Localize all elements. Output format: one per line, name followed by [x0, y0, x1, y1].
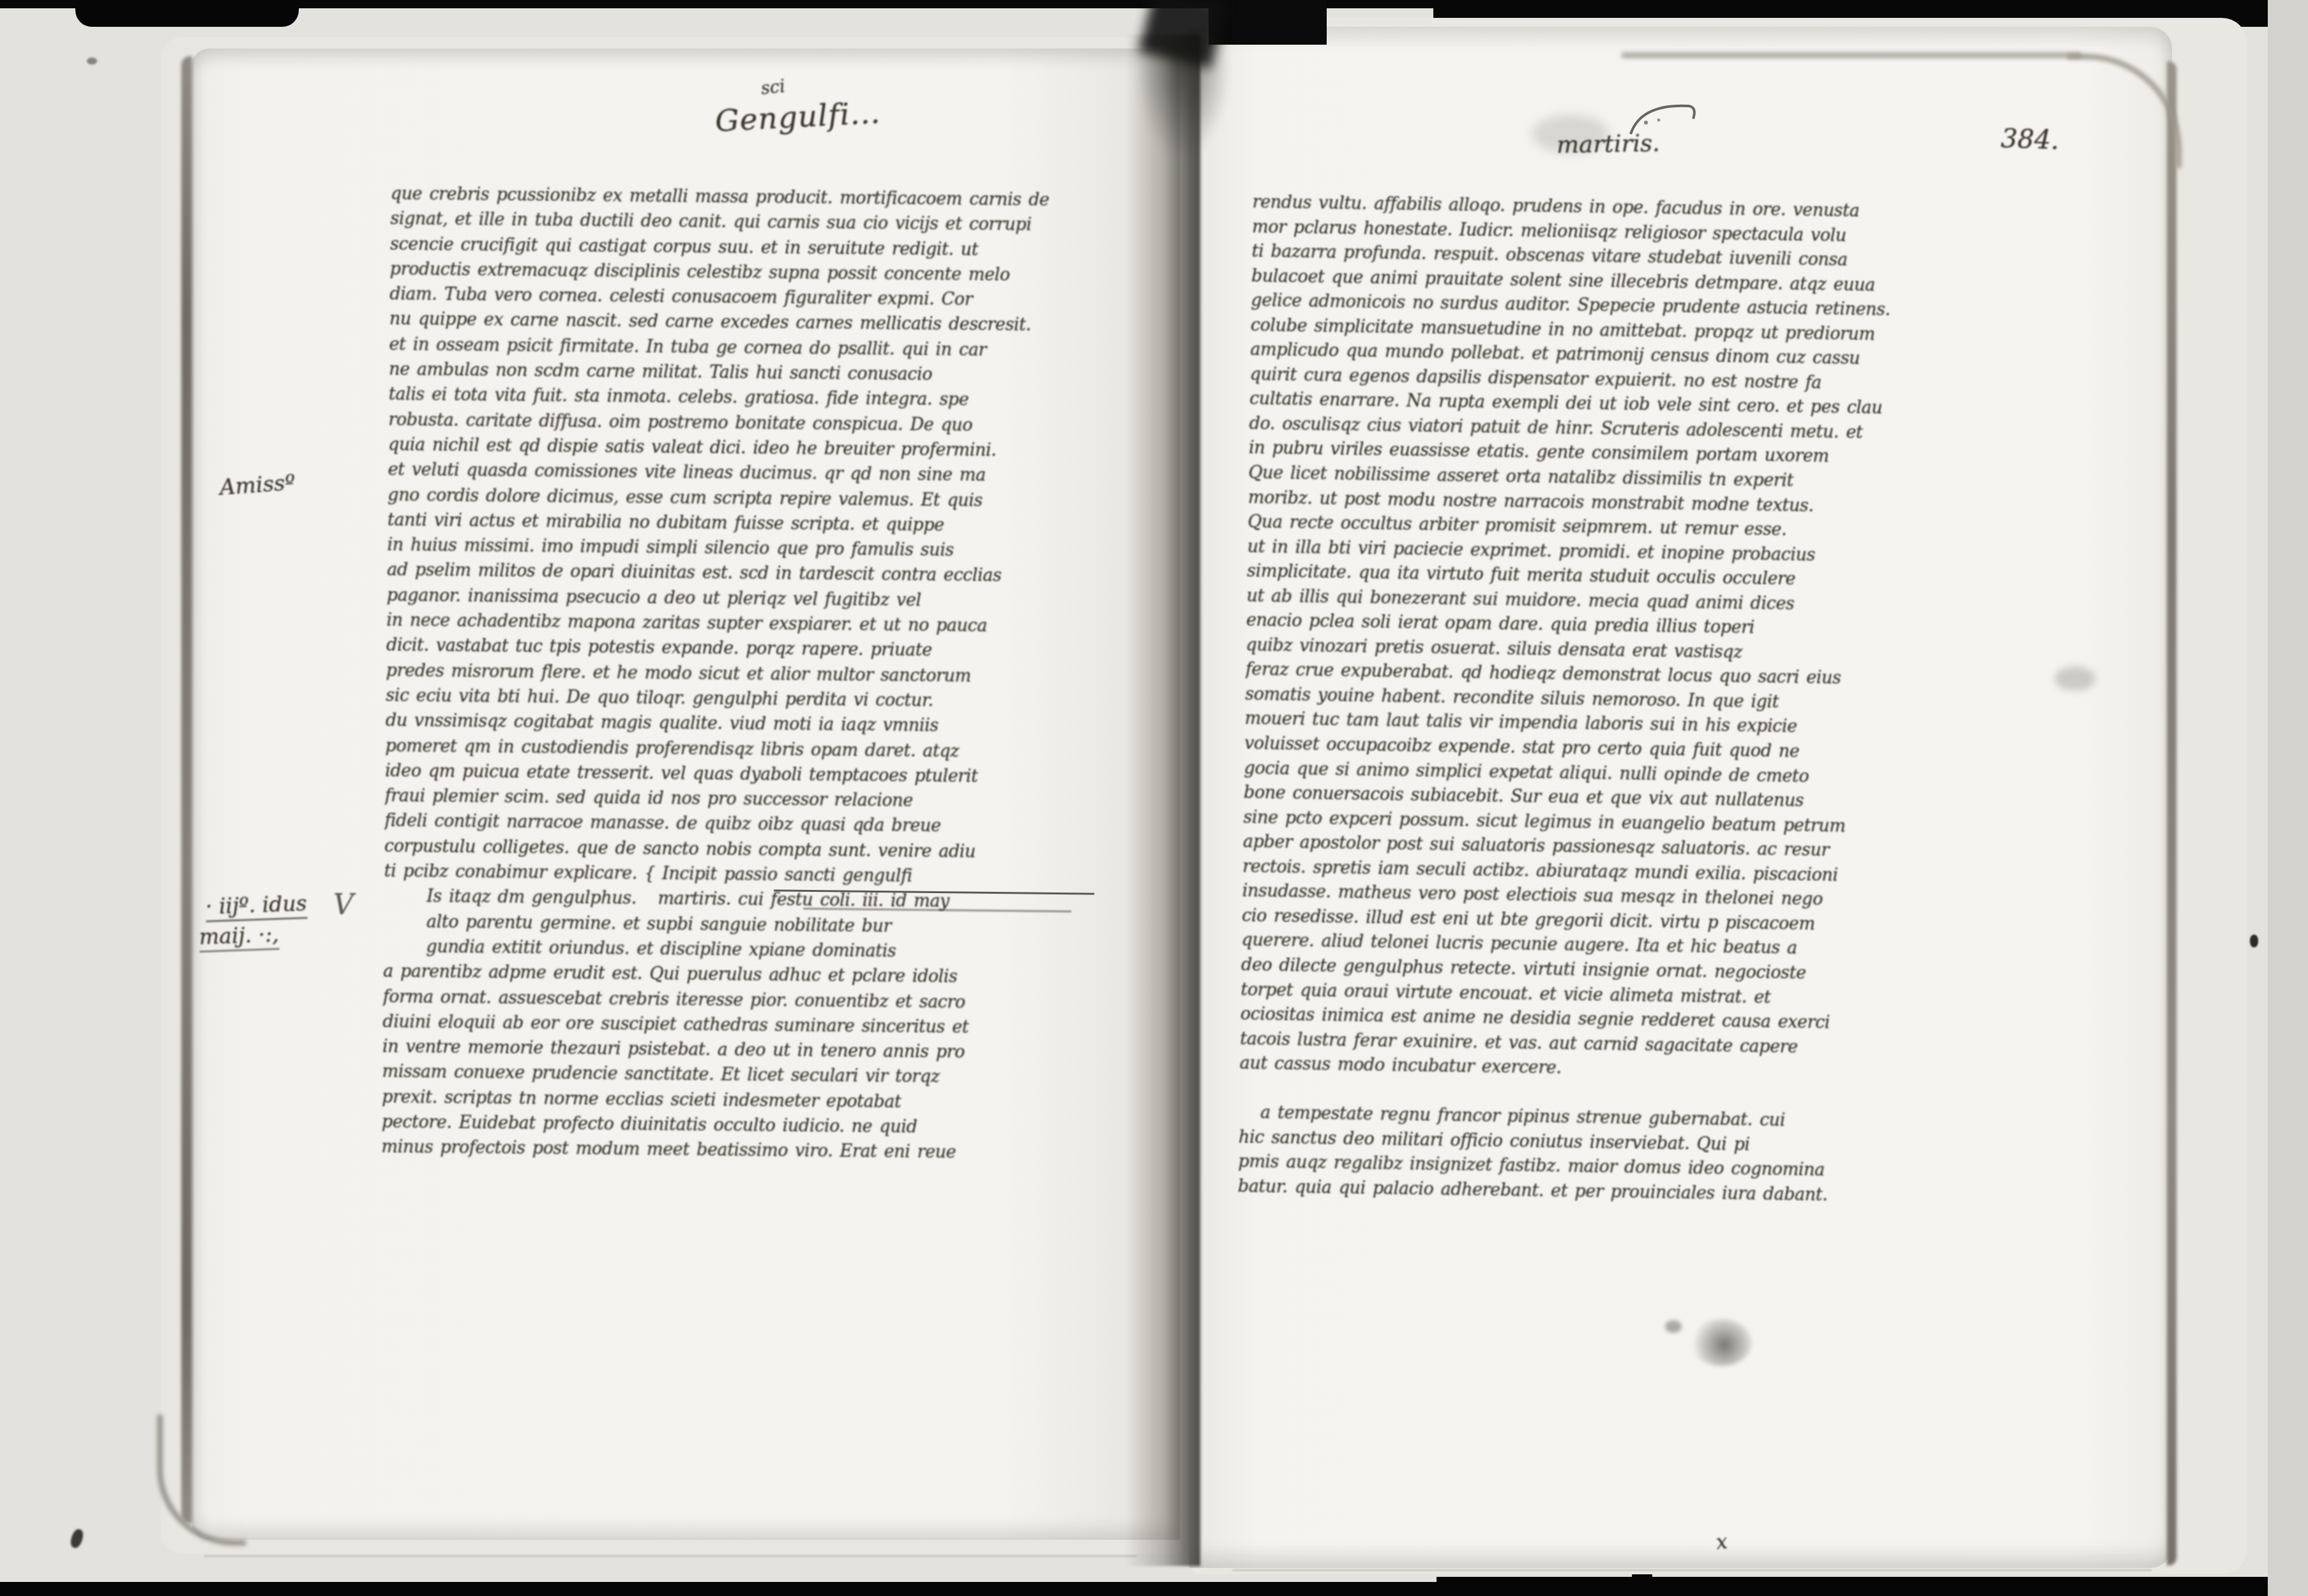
leaf-edge-line-right: [1232, 1569, 2152, 1571]
book-clamp: [75, 0, 299, 27]
manuscript-scan: { "colors":{ "backdrop":"#070707", "surf…: [0, 0, 2308, 1596]
gutter-upper-shadow: [1135, 38, 1231, 160]
text-column-right: rendus vultu. affabilis alloqo. prudens …: [1237, 190, 1990, 1223]
leaf-edge-line-left: [204, 1555, 1136, 1557]
folio-number: 384.: [2000, 123, 2060, 155]
ink-blot: [1691, 1319, 1752, 1366]
running-header-superscript: sci: [760, 77, 786, 99]
speck-bottom-left: [69, 1528, 85, 1549]
ink-blot-satellite: [1665, 1320, 1682, 1333]
speck-top-left: [87, 57, 97, 64]
page-left-stained-edge: [181, 56, 192, 1523]
margin-note-date-line2: maij. ·:,: [199, 922, 279, 952]
scanner-edge-strip: [2268, 0, 2308, 1596]
gutter-shadow: [1125, 35, 1200, 1566]
margin-note-date-line1: · iijº. idus: [205, 891, 307, 922]
backdrop-bottom-band-right: [1437, 1577, 2308, 1596]
bottom-ink-mark: x: [1715, 1530, 1728, 1555]
smudge-right-margin: [2055, 666, 2095, 691]
page-right-top-edge-outline: [1622, 52, 2081, 58]
page-right-stained-edge: [2167, 61, 2176, 1565]
text-column-left: que crebris pcussionibz ex metalli massa…: [381, 181, 1115, 1187]
header-flourish-mark: [1622, 97, 1705, 142]
initial-guide-letter: V: [333, 889, 354, 921]
margin-note-amisso: Amissº: [219, 470, 296, 501]
fleck-right-edge: [2250, 935, 2258, 947]
